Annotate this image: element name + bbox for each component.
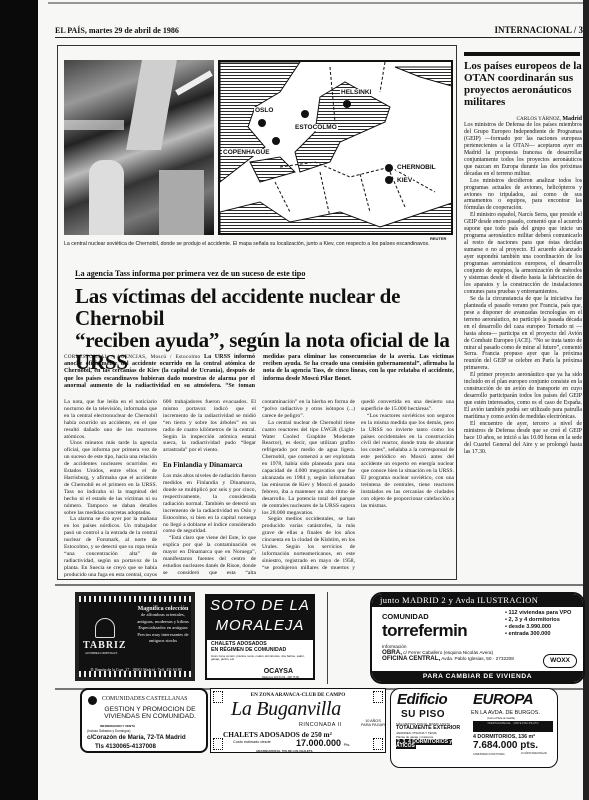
euro-feature: 2, 3, 4 DORMITORIOS y ÁTICOS xyxy=(396,739,452,749)
estocolmo-dot xyxy=(301,110,309,118)
kiev-dot xyxy=(385,176,393,184)
page-header: EL PAÍS, martes 29 de abril de 1986 INTE… xyxy=(55,24,583,38)
soto-title-1: SOTO DE LA xyxy=(207,596,313,616)
frieze-top xyxy=(79,596,191,602)
soto-fine-print: Gran zona común: piscina, tenis, cuatro … xyxy=(211,655,311,662)
map-label-oslo: OSLO xyxy=(254,107,274,114)
body-paragraph: “Los reactores soviéticos son seguros en… xyxy=(361,413,454,510)
bug-cost-label: Costo estimado desde xyxy=(233,740,271,744)
helsinki-dot xyxy=(343,100,351,108)
soto-title: SOTO DE LA MORALEJA xyxy=(207,596,313,640)
tabriz-line: de alfombras orientales, xyxy=(141,612,185,617)
euro-location-note: (Junto a Plaza de Castilla) xyxy=(487,717,515,720)
camel-icon xyxy=(95,618,115,638)
body-paragraph: La central nuclear de Chernobil tiene cu… xyxy=(262,420,355,517)
photo-caption: La central nuclear soviética de Chernobi… xyxy=(64,241,452,248)
soto-sub-2: EN RÉGIMEN DE COMUNIDAD xyxy=(211,648,286,654)
sidebar-top-rule xyxy=(464,52,580,56)
sidebar-paragraph: Se da la circunstancia de que la iniciat… xyxy=(464,296,582,372)
ornament-icon xyxy=(213,738,223,750)
tabriz-line: Magnífica colección xyxy=(138,606,189,612)
story-body: La nota, que fue leída en el noticiario … xyxy=(64,399,454,579)
cc-headline-2: VIVIENDAS EN COMUNIDAD. xyxy=(100,713,200,720)
ads-top-rule xyxy=(55,584,583,586)
map-label-helsinki: HELSINKI xyxy=(340,89,372,96)
ads-vertical-rule xyxy=(327,592,328,684)
bug-footer: ADJUDICADOS EL 70% DE LOS CHALETS. xyxy=(256,749,313,753)
tabriz-subtitle: ALFOMBRAS ORIENTALES xyxy=(85,652,117,655)
copenhague-dot xyxy=(272,137,280,145)
torre-comunidad: COMUNIDAD xyxy=(382,612,429,621)
sidebar-paragraph: Los ministros de Defensa de los países m… xyxy=(464,122,582,178)
edificio-europa-ad: Edificio EUROPA SU PISO EN LA AVDA. DE B… xyxy=(390,688,558,768)
cc-info: INFORMACION Y VENTA xyxy=(100,724,135,728)
torre-bullet: 2, 3 y 4 dormitorios xyxy=(509,617,560,623)
oslo-dot xyxy=(258,119,266,127)
torre-footer: PARA CAMBIAR DE VIVIENDA xyxy=(372,671,583,682)
headline-line-1: Las víctimas del accidente nuclear de Ch… xyxy=(75,285,455,329)
tabriz-line: Precios muy interesantes de xyxy=(137,632,188,637)
torre-oficina-addr: Avda. Pablo Iglesias, 50 · 2732208 xyxy=(441,656,514,661)
scan-black-edge xyxy=(0,0,38,800)
tabriz-name: TABRIZ xyxy=(83,640,127,651)
story-lead: CORRESPONSAL / AGENCIAS, Moscú / Estocol… xyxy=(64,354,454,390)
euro-price: 7.684.000 pts. xyxy=(473,740,538,751)
map-label-estocolmo: ESTOCOLMO xyxy=(294,124,338,131)
scan-right-edge xyxy=(583,0,589,800)
euro-features: MÁS METROS POR EL MISMO COSTO TOTALMENTE… xyxy=(396,722,471,748)
torrefermin-ad: junto MADRID 2 y Avda ILUSTRACION COMUNI… xyxy=(370,592,585,684)
chernobil-dot xyxy=(385,164,393,172)
body-paragraph: Los más altos niveles de radiación fuero… xyxy=(163,473,256,535)
cc-headline: GESTION Y PROMOCION DE VIVIENDAS EN COMU… xyxy=(100,706,200,721)
sidebar-headline: Los países europeos de la OTAN coordinar… xyxy=(464,60,582,108)
tabriz-line: Especializados en antiguas xyxy=(138,625,187,630)
tabriz-ad: TABRIZ ALFOMBRAS ORIENTALES Magnífica co… xyxy=(75,592,195,681)
soto-moraleja-ad: SOTO DE LA MORALEJA CHALETS ADOSADOS EN … xyxy=(205,594,315,680)
soto-subtitle: CHALETS ADOSADOS EN RÉGIMEN DE COMUNIDAD xyxy=(211,642,286,654)
masthead-date: EL PAÍS, martes 29 de abril de 1986 xyxy=(55,26,179,35)
torre-bullet: entrada 300.000 xyxy=(509,631,551,637)
cc-phones: Tls 4130065-4137008 xyxy=(95,743,156,750)
torre-oficina: OFICINA CENTRAL, xyxy=(382,655,440,662)
cc-address: c/Corazón de María, 72-TA Madrid xyxy=(87,734,186,741)
bug-years: 10 AÑOS PARA PAGAR xyxy=(361,719,385,728)
woxx-badge: WOXX xyxy=(543,654,577,668)
buganvilla-ad: EN ZONA ARAVACA-CLUB DE CAMPO La Buganvi… xyxy=(210,688,386,753)
reactor-photo xyxy=(64,60,214,235)
torre-info: Información OBRA, c/ Ferrer Caballero (e… xyxy=(382,644,514,663)
torre-bullets: • 112 viviendas para VPO • 2, 3 y 4 dorm… xyxy=(505,610,571,638)
euro-supiso: SU PISO xyxy=(401,709,445,720)
euro-location: EN LA AVDA. DE BURGOS. xyxy=(471,710,540,716)
tabriz-address: D. Ramón de la Cruz, 27 · 28001 Madrid ·… xyxy=(83,668,189,672)
europe-map: OSLO ESTOCOLMO HELSINKI COPENHAGUE CHERN… xyxy=(218,60,453,235)
section-label: INTERNACIONAL / 3 xyxy=(494,25,583,35)
euro-years: 10 AÑOS PARA PAGAR xyxy=(521,752,547,755)
tabriz-line: antiguos stocks xyxy=(149,638,177,643)
body-paragraph: Unos minutos más tarde la agencia oficia… xyxy=(64,440,157,516)
map-label-copenhague: COPENHAGUE xyxy=(222,149,271,156)
sidebar-body: Los ministros de Defensa de los países m… xyxy=(464,122,582,456)
story-byline: CORRESPONSAL / AGENCIAS, Moscú / Estocol… xyxy=(64,354,200,360)
map-label-kiev: KIEV xyxy=(396,177,413,184)
cc-brand: COMUNIDADES CASTELLANAS xyxy=(102,696,188,702)
torre-band: junto MADRID 2 y Avda ILUSTRACION xyxy=(372,594,583,607)
scan-top-line xyxy=(48,2,583,4)
euro-word-2: EUROPA xyxy=(473,691,533,708)
sidebar-paragraph: El ministro español, Narcís Serra, que p… xyxy=(464,212,582,295)
body-subhead: En Finlandia y Dinamarca xyxy=(163,462,256,469)
bug-currency: Pts. xyxy=(344,742,351,747)
torre-logo: torrefermin xyxy=(382,621,467,641)
story-kicker: La agencia Tass informa por primera vez … xyxy=(75,269,305,279)
sidebar-paragraph: Los ministros decidieron analizar todos … xyxy=(464,178,582,213)
bug-subname: RINCONADA II xyxy=(299,722,342,728)
body-paragraph: La nota, que fue leída en el noticiario … xyxy=(64,399,157,440)
bug-name: La Buganvilla xyxy=(231,698,341,721)
cc-logo-icon xyxy=(88,696,97,705)
cc-headline-1: GESTION Y PROMOCION DE xyxy=(100,706,200,713)
bug-price-value: 17.000.000 xyxy=(296,738,341,748)
comunidades-castellanas-ad: COMUNIDADES CASTELLANAS GESTION Y PROMOC… xyxy=(80,688,208,753)
soto-phone: Teléfonos 403 53 66 - 208 75 86 xyxy=(262,676,299,679)
sidebar-paragraph: El encuentro de ayer, tercero a nivel de… xyxy=(464,421,582,456)
sidebar-paragraph: El primer proyecto aeronáutico que ya ha… xyxy=(464,372,582,421)
bug-price: 17.000.000 Pts. xyxy=(296,738,350,748)
tabriz-line: antiguas, modernas y kilims xyxy=(137,619,189,624)
map-label-chernobil: CHERNOBIL xyxy=(396,164,437,171)
tabriz-copy: Magnífica colección de alfombras orienta… xyxy=(131,606,195,644)
soto-title-2: MORALEJA xyxy=(207,616,313,636)
cc-hours: (Incluso Sábados y Domingos) xyxy=(87,729,130,733)
soto-company: OCAYSA xyxy=(264,668,293,675)
euro-offer-box: OFERTA ESPECIAL · VISITE PISO PILOTO xyxy=(473,721,553,732)
torre-bullet: desde 3.990.000 xyxy=(509,624,552,630)
ornament-icon xyxy=(373,738,383,750)
torre-bullet: 112 viviendas para VPO xyxy=(509,610,572,616)
euro-word-1: Edificio xyxy=(397,691,447,708)
euro-coop: COMUNIDAD CONSTITUIDA xyxy=(473,753,505,756)
